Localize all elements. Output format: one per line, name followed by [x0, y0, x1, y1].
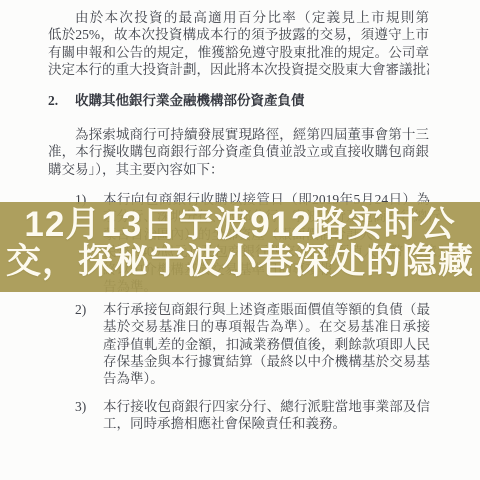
list-line: 工，同時承擔相應社會保險責任和義務。	[103, 415, 430, 433]
list-line: 本行接收包商銀行四家分行、總行派駐當地事業部及信用卡業務員	[103, 398, 430, 415]
document-page: 由於本次投資的最高適用百分比率（定義見上市規則第14.07條）高於5%但 低於2…	[0, 0, 480, 480]
text-line: 為探索城商行可持續發展實現路徑，經第四屆董事會第十三次會議審議批	[48, 126, 429, 143]
list-number: 2)	[75, 301, 86, 319]
acquisition-paragraph: 為探索城商行可持續發展實現路徑，經第四屆董事會第十三次會議審議批 准，本行擬收購…	[48, 126, 429, 178]
overlay-title-line2: 交，探秘宁波小巷深处的隐藏	[0, 243, 480, 280]
list-line: 存保基金與本行據實結算（最終以中介機構基於交易基準日的專項報	[103, 353, 430, 370]
intro-paragraph: 由於本次投資的最高適用百分比率（定義見上市規則第14.07條）高於5%但 低於2…	[48, 9, 429, 78]
list-line: 告為準）。	[103, 370, 430, 388]
text-line: 購交易」），其主要內容如下：	[48, 161, 429, 178]
list-line: 本行承接包商銀行與上述資產賬面價值等額的負債（最終以中介機構	[103, 301, 430, 318]
list-line: 基於交易基准日的專項報告為準）。在交易基准日承接負債和收購資	[103, 318, 430, 335]
list-item-2: 2) 本行承接包商銀行與上述資產賬面價值等額的負債（最終以中介機構 基於交易基准…	[103, 301, 430, 388]
list-number: 3)	[75, 398, 86, 416]
text-line: 有關申報和公告的規定，惟獲豁免遵守股東批准的規定。公司章程規定股東大會	[48, 44, 429, 61]
list-item-3: 3) 本行接收包商銀行四家分行、總行派駐當地事業部及信用卡業務員 工，同時承擔相…	[103, 398, 430, 433]
text-line: 決定本行的重大投資計劃，因此將本次投資提交股東大會審議批准。	[48, 61, 429, 78]
list-line: 產淨值軋差的金額，扣減業務價值後，剩餘款項即人民幣344億元由	[103, 336, 430, 353]
overlay-title-line1: 12月13日宁波912路实时公	[0, 206, 480, 243]
section-number: 2.	[48, 92, 75, 109]
section-heading: 2.收購其他銀行業金融機構部份資產負債	[48, 92, 305, 109]
text-line: 准，本行擬收購包商銀行部分資產負債並設立或直接收購包商銀行4家分行（「收	[48, 143, 429, 160]
title-overlay-banner: 12月13日宁波912路实时公 交，探秘宁波小巷深处的隐藏	[0, 202, 480, 292]
section-title: 收購其他銀行業金融機構部份資產負債	[75, 93, 305, 108]
text-line: 由於本次投資的最高適用百分比率（定義見上市規則第14.07條）高於5%但	[48, 9, 429, 26]
text-line: 低於25%，故本次投資構成本行的須予披露的交易，須遵守上市規則第14章項下	[48, 26, 429, 43]
